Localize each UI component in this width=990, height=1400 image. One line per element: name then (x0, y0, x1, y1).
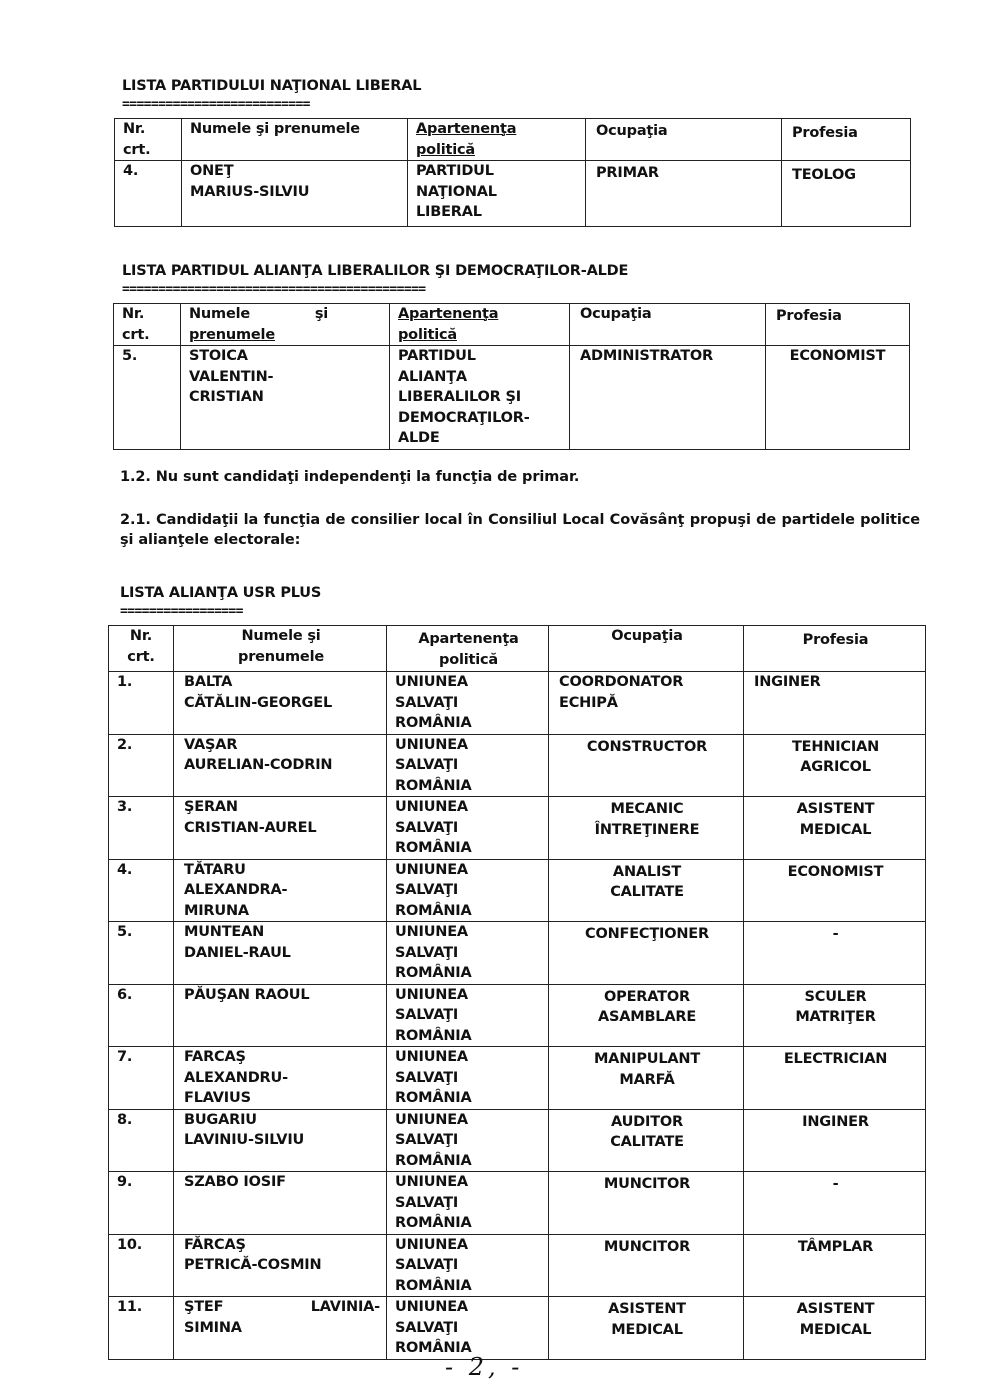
table-row: 2.VAŞAR AURELIAN-CODRINUNIUNEA SALVAŢI R… (109, 734, 926, 797)
cell-name: FĂRCAŞ PETRICĂ-COSMIN (174, 1234, 387, 1297)
cell-nr: 5. (109, 922, 174, 985)
paragraph-1-2: 1.2. Nu sunt candidaţi independenţi la f… (120, 467, 920, 487)
header-name-part1: Numele şi (189, 304, 328, 325)
cell-occupation: MUNCITOR (549, 1234, 744, 1297)
usr-list-title: LISTA ALIANŢA USR PLUS (120, 585, 321, 601)
cell-occupation: ASISTENT MEDICAL (549, 1297, 744, 1360)
cell-nr: 7. (109, 1047, 174, 1110)
cell-name: TĂTARU ALEXANDRA- MIRUNA (174, 859, 387, 922)
cell-affiliation: UNIUNEA SALVAŢI ROMÂNIA (387, 1109, 549, 1172)
table-row: 5. STOICA VALENTIN- CRISTIAN PARTIDUL AL… (114, 346, 910, 450)
cell-occupation: AUDITOR CALITATE (549, 1109, 744, 1172)
alde-list-title: LISTA PARTIDUL ALIANŢA LIBERALILOR ŞI DE… (122, 263, 628, 279)
header-name-text: Numele şi prenumele (238, 628, 324, 665)
cell-name: BALTA CĂTĂLIN-GEORGEL (174, 672, 387, 735)
cell-name: FARCAŞ ALEXANDRU- FLAVIUS (174, 1047, 387, 1110)
page-number: - 2, - (445, 1353, 523, 1381)
cell-affiliation: UNIUNEA SALVAŢI ROMÂNIA (387, 1047, 549, 1110)
cell-nr: 4. (115, 161, 182, 227)
header-affiliation: Apartenenţa politică (390, 304, 570, 346)
header-nr: Nr. crt. (115, 119, 182, 161)
table-row: 6.PĂUŞAN RAOULUNIUNEA SALVAŢI ROMÂNIAOPE… (109, 984, 926, 1047)
cell-nr: 6. (109, 984, 174, 1047)
header-name-part2: prenumele (189, 325, 383, 346)
cell-nr: 5. (114, 346, 181, 450)
table-header-row: Nr. crt. Numele şi prenumele Apartenenţa… (114, 304, 910, 346)
pnl-title-rule: ========================== (122, 100, 498, 110)
cell-occupation: ANALIST CALITATE (549, 859, 744, 922)
cell-profession: INGINER (744, 672, 926, 735)
cell-name: STOICA VALENTIN- CRISTIAN (181, 346, 390, 450)
cell-affiliation: UNIUNEA SALVAŢI ROMÂNIA (387, 984, 549, 1047)
header-profession: Profesia (766, 304, 910, 346)
cell-nr: 9. (109, 1172, 174, 1235)
usr-candidates-table: Nr. crt. Numele şi prenumele Apartenenţa… (108, 625, 926, 1360)
table-row: 11.ŞTEF LAVINIA- SIMINAUNIUNEA SALVAŢI R… (109, 1297, 926, 1360)
cell-occupation: MECANIC ÎNTREŢINERE (549, 797, 744, 860)
cell-name: ŞTEF LAVINIA- SIMINA (174, 1297, 387, 1360)
header-name: Numele şi prenumele (182, 119, 408, 161)
header-profession: Profesia (782, 119, 911, 161)
header-affiliation: Apartenenţa politică (408, 119, 586, 161)
cell-nr: 8. (109, 1109, 174, 1172)
cell-profession: - (744, 922, 926, 985)
cell-nr: 10. (109, 1234, 174, 1297)
alde-candidates-table: Nr. crt. Numele şi prenumele Apartenenţa… (113, 303, 910, 450)
table-row: 1.BALTA CĂTĂLIN-GEORGELUNIUNEA SALVAŢI R… (109, 672, 926, 735)
header-occupation: Ocupaţia (549, 626, 744, 672)
header-nr: Nr. crt. (109, 626, 174, 672)
cell-nr: 2. (109, 734, 174, 797)
cell-affiliation: UNIUNEA SALVAŢI ROMÂNIA (387, 1297, 549, 1360)
cell-name: VAŞAR AURELIAN-CODRIN (174, 734, 387, 797)
usr-title-rule: ================= (120, 607, 364, 617)
cell-affiliation: UNIUNEA SALVAŢI ROMÂNIA (387, 922, 549, 985)
cell-profession: ASISTENT MEDICAL (744, 797, 926, 860)
table-row: 5.MUNTEAN DANIEL-RAULUNIUNEA SALVAŢI ROM… (109, 922, 926, 985)
cell-affiliation: UNIUNEA SALVAŢI ROMÂNIA (387, 1172, 549, 1235)
cell-name: PĂUŞAN RAOUL (174, 984, 387, 1047)
cell-name: MUNTEAN DANIEL-RAUL (174, 922, 387, 985)
cell-profession: TEOLOG (782, 161, 911, 227)
cell-occupation: CONSTRUCTOR (549, 734, 744, 797)
paragraph-2-1: 2.1. Candidaţii la funcţia de consilier … (120, 510, 920, 550)
cell-profession: - (744, 1172, 926, 1235)
header-name: Numele şi prenumele (181, 304, 390, 346)
pnl-list-title: LISTA PARTIDULUI NAŢIONAL LIBERAL (122, 78, 421, 94)
cell-name: ONEŢ MARIUS-SILVIU (182, 161, 408, 227)
table-row: 3.ŞERAN CRISTIAN-AURELUNIUNEA SALVAŢI RO… (109, 797, 926, 860)
cell-affiliation: PARTIDUL NAŢIONAL LIBERAL (408, 161, 586, 227)
cell-profession: ELECTRICIAN (744, 1047, 926, 1110)
header-affiliation: Apartenenţa politică (387, 626, 549, 672)
cell-profession: ECONOMIST (766, 346, 910, 450)
cell-profession: TEHNICIAN AGRICOL (744, 734, 926, 797)
cell-occupation: PRIMAR (586, 161, 782, 227)
cell-nr: 4. (109, 859, 174, 922)
cell-profession: ECONOMIST (744, 859, 926, 922)
cell-affiliation: UNIUNEA SALVAŢI ROMÂNIA (387, 797, 549, 860)
cell-occupation: MANIPULANT MARFĂ (549, 1047, 744, 1110)
header-name: Numele şi prenumele (174, 626, 387, 672)
header-occupation: Ocupaţia (570, 304, 766, 346)
cell-occupation: COORDONATOR ECHIPĂ (549, 672, 744, 735)
pnl-candidates-table: Nr. crt. Numele şi prenumele Apartenenţa… (114, 118, 911, 227)
cell-affiliation: UNIUNEA SALVAŢI ROMÂNIA (387, 672, 549, 735)
cell-name: ŞERAN CRISTIAN-AUREL (174, 797, 387, 860)
cell-profession: INGINER (744, 1109, 926, 1172)
cell-nr: 1. (109, 672, 174, 735)
cell-profession: ASISTENT MEDICAL (744, 1297, 926, 1360)
cell-occupation: ADMINISTRATOR (570, 346, 766, 450)
cell-occupation: MUNCITOR (549, 1172, 744, 1235)
table-header-row: Nr. crt. Numele şi prenumele Apartenenţa… (109, 626, 926, 672)
cell-nr: 11. (109, 1297, 174, 1360)
cell-affiliation: UNIUNEA SALVAŢI ROMÂNIA (387, 1234, 549, 1297)
table-header-row: Nr. crt. Numele şi prenumele Apartenenţa… (115, 119, 911, 161)
table-row: 10.FĂRCAŞ PETRICĂ-COSMINUNIUNEA SALVAŢI … (109, 1234, 926, 1297)
cell-profession: TÂMPLAR (744, 1234, 926, 1297)
table-row: 8.BUGARIU LAVINIU-SILVIUUNIUNEA SALVAŢI … (109, 1109, 926, 1172)
alde-title-rule: ========================================… (122, 285, 740, 295)
table-row: 4.TĂTARU ALEXANDRA- MIRUNAUNIUNEA SALVAŢ… (109, 859, 926, 922)
cell-occupation: CONFECŢIONER (549, 922, 744, 985)
header-occupation: Ocupaţia (586, 119, 782, 161)
cell-name: BUGARIU LAVINIU-SILVIU (174, 1109, 387, 1172)
table-row: 4. ONEŢ MARIUS-SILVIU PARTIDUL NAŢIONAL … (115, 161, 911, 227)
cell-profession: SCULER MATRIŢER (744, 984, 926, 1047)
cell-affiliation: PARTIDUL ALIANŢA LIBERALILOR ŞI DEMOCRAŢ… (390, 346, 570, 450)
cell-nr: 3. (109, 797, 174, 860)
cell-occupation: OPERATOR ASAMBLARE (549, 984, 744, 1047)
table-row: 9.SZABO IOSIFUNIUNEA SALVAŢI ROMÂNIAMUNC… (109, 1172, 926, 1235)
cell-affiliation: UNIUNEA SALVAŢI ROMÂNIA (387, 859, 549, 922)
table-row: 7.FARCAŞ ALEXANDRU- FLAVIUSUNIUNEA SALVA… (109, 1047, 926, 1110)
cell-name: SZABO IOSIF (174, 1172, 387, 1235)
header-profession: Profesia (744, 626, 926, 672)
header-nr: Nr. crt. (114, 304, 181, 346)
cell-affiliation: UNIUNEA SALVAŢI ROMÂNIA (387, 734, 549, 797)
